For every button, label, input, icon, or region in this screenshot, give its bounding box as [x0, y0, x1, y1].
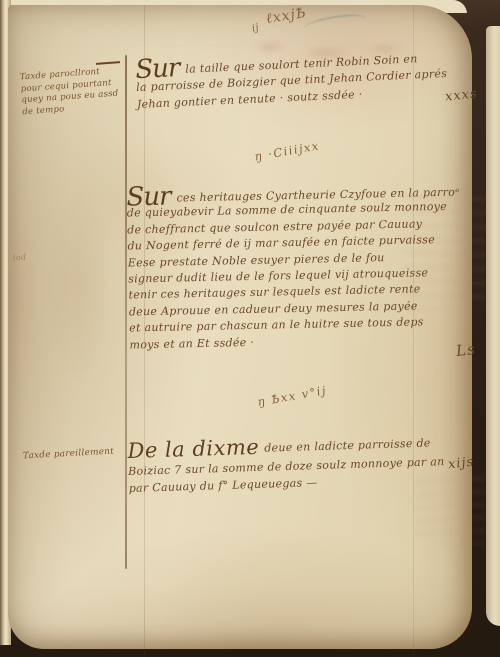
margin-ruling-line	[125, 55, 127, 569]
next-leaf-edge	[486, 26, 500, 626]
entry-paragraph-2: Surces heritauges Cyartheurie Czyfoue en…	[126, 183, 463, 354]
pencil-stroke	[303, 12, 366, 33]
manuscript-page: ℓxxjҌ ij Taxde parocllront pour cequi po…	[8, 5, 472, 649]
margin-note-tick	[96, 61, 120, 65]
amount-sum-2: Ls	[455, 340, 476, 360]
section-number-mark: ŋ Ҍxx v°ij	[256, 383, 328, 409]
entry-line-text: deue en ladicte parroisse de	[264, 436, 431, 454]
margin-small-mark: lod	[13, 252, 27, 262]
parchment-stain	[48, 155, 108, 415]
margin-note-taxed-likewise: Taxde pareillement	[23, 447, 115, 462]
folio-number: ℓxxjҌ	[265, 5, 308, 28]
amount-sum-1: xxxs	[444, 86, 478, 104]
folio-number-prefix: ij	[251, 22, 260, 34]
entry-paragraph-1: Surla taille que soulort tenir Robin Soi…	[135, 48, 448, 113]
section-number-mark: ŋ ·Ciiijxx	[253, 138, 321, 163]
margin-note-taxation: Taxde parocllront pour cequi pourtant qu…	[20, 66, 120, 119]
amount-sum-3: xijs	[447, 455, 475, 473]
entry-paragraph-3: De la dixmedeue en ladicte parroisse de …	[127, 429, 445, 497]
manuscript-photo: ℓxxjҌ ij Taxde parocllront pour cequi po…	[0, 0, 500, 657]
